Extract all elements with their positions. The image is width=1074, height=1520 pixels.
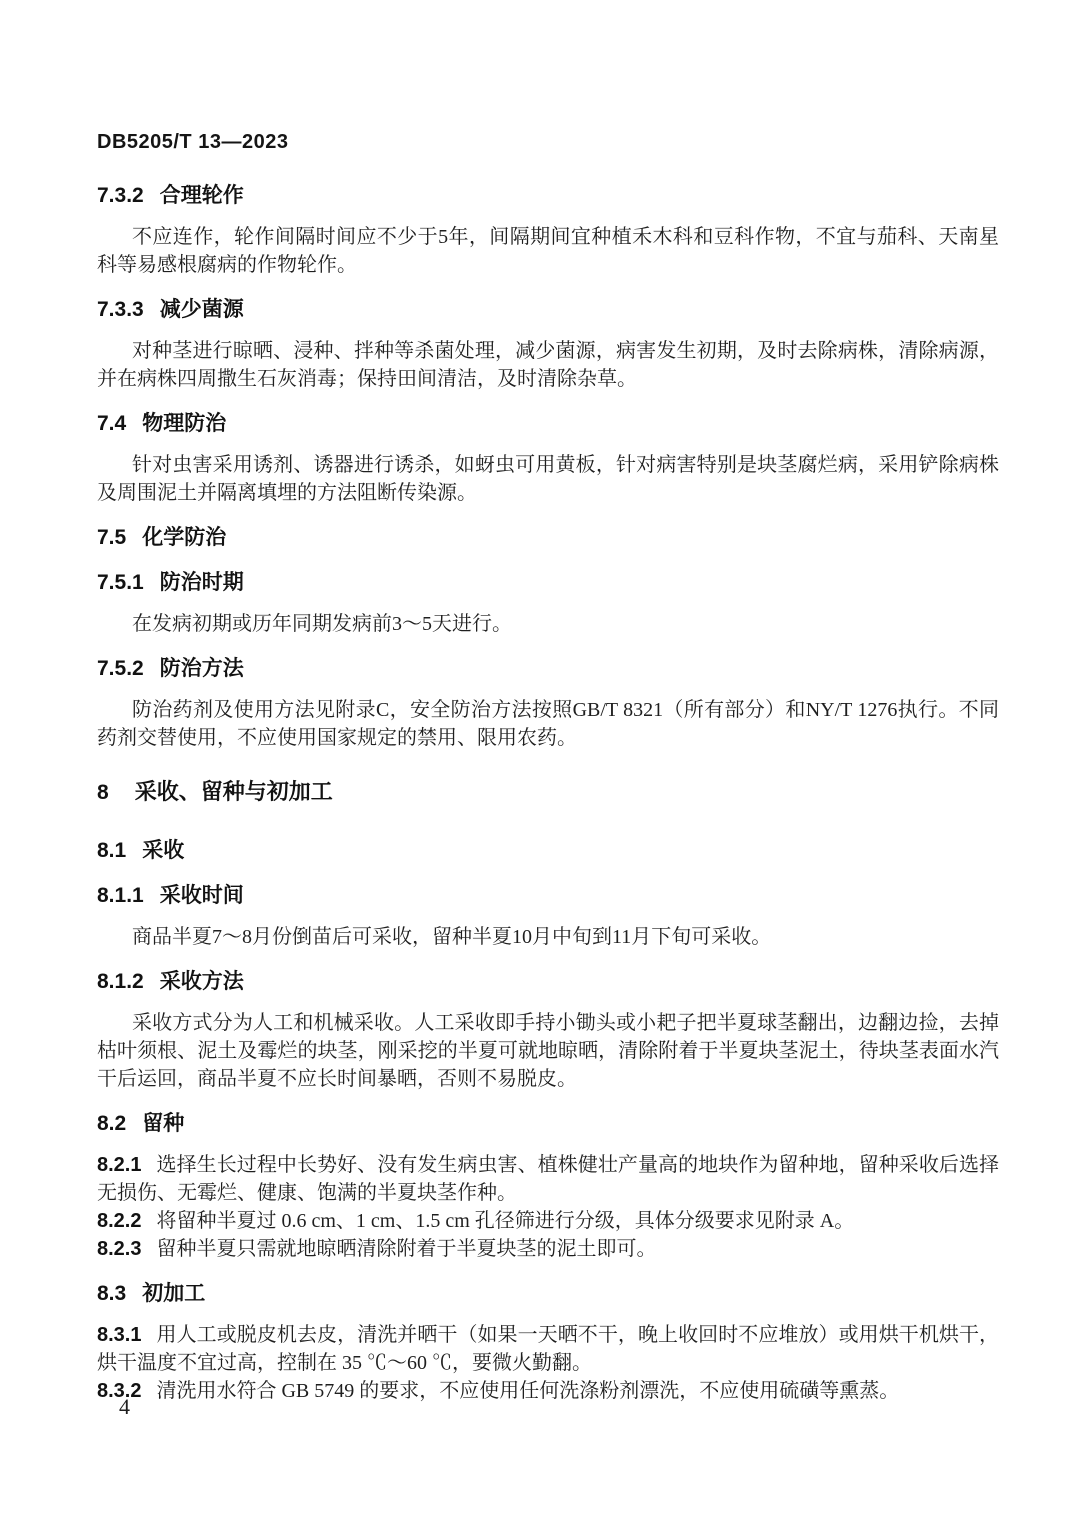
section-number: 7.5.1 [97,569,144,597]
paragraph-control-period: 在发病初期或历年同期发病前3～5天进行。 [97,610,999,638]
clause-8-3-1: 8.3.1用人工或脱皮机去皮，清洗并晒干（如果一天晒不干，晚上收回时不应堆放）或… [97,1321,999,1377]
paragraph-control-method: 防治药剂及使用方法见附录C，安全防治方法按照GB/T 8321（所有部分）和NY… [97,696,999,752]
section-title: 化学防治 [142,526,226,549]
section-number: 7.3.2 [97,182,144,210]
section-number: 7.3.3 [97,296,144,324]
paragraph-harvest-method: 采收方式分为人工和机械采收。人工采收即手持小锄头或小耙子把半夏球茎翻出，边翻边捡… [97,1009,999,1093]
section-title: 防治方法 [160,657,244,680]
section-number: 7.5.2 [97,655,144,683]
section-number: 8.1.2 [97,968,144,996]
section-number: 8.1 [97,837,126,865]
section-title: 采收 [142,839,184,862]
chapter-number: 8 [97,779,109,807]
section-heading-7-5-1: 7.5.1防治时期 [97,569,999,597]
paragraph-reduce-pathogen: 对种茎进行晾晒、浸种、拌种等杀菌处理，减少菌源，病害发生初期，及时去除病株，清除… [97,337,999,393]
clause-8-2-2: 8.2.2将留种半夏过 0.6 cm、1 cm、1.5 cm 孔径筛进行分级，具… [97,1207,999,1235]
section-title: 留种 [142,1112,184,1135]
section-number: 8.2 [97,1110,126,1138]
section-title: 采收方法 [160,970,244,993]
section-title: 防治时期 [160,571,244,594]
clause-number: 8.2.1 [97,1151,141,1179]
section-number: 8.1.1 [97,882,144,910]
paragraph-physical-control: 针对虫害采用诱剂、诱器进行诱杀，如蚜虫可用黄板，针对病害特别是块茎腐烂病，采用铲… [97,451,999,507]
document-content: DB5205/T 13—2023 7.3.2合理轮作 不应连作，轮作间隔时间应不… [97,130,999,1405]
clause-number: 8.2.3 [97,1235,141,1263]
section-heading-8-1-2: 8.1.2采收方法 [97,968,999,996]
clause-number: 8.3.1 [97,1321,141,1349]
section-heading-7-3-2: 7.3.2合理轮作 [97,182,999,210]
document-page: DB5205/T 13—2023 7.3.2合理轮作 不应连作，轮作间隔时间应不… [0,0,1074,1520]
section-heading-8-3: 8.3初加工 [97,1280,999,1308]
section-title: 初加工 [142,1282,205,1305]
section-heading-7-3-3: 7.3.3减少菌源 [97,296,999,324]
section-number: 7.5 [97,524,126,552]
section-heading-7-5-2: 7.5.2防治方法 [97,655,999,683]
section-heading-7-4: 7.4物理防治 [97,410,999,438]
section-heading-8-2: 8.2留种 [97,1110,999,1138]
section-number: 7.4 [97,410,126,438]
section-title: 合理轮作 [160,184,244,207]
section-heading-8-1: 8.1采收 [97,837,999,865]
clause-text: 留种半夏只需就地晾晒清除附着于半夏块茎的泥土即可。 [156,1238,656,1260]
section-number: 8.3 [97,1280,126,1308]
clause-text: 用人工或脱皮机去皮，清洗并晒干（如果一天晒不干，晚上收回时不应堆放）或用烘干机烘… [97,1324,999,1374]
section-title: 采收时间 [160,884,244,907]
clause-8-2-1: 8.2.1选择生长过程中长势好、没有发生病虫害、植株健壮产量高的地块作为留种地，… [97,1151,999,1207]
clause-text: 选择生长过程中长势好、没有发生病虫害、植株健壮产量高的地块作为留种地，留种采收后… [97,1154,999,1204]
chapter-heading-8: 8采收、留种与初加工 [97,778,999,807]
clause-number: 8.2.2 [97,1207,141,1235]
clause-text: 将留种半夏过 0.6 cm、1 cm、1.5 cm 孔径筛进行分级，具体分级要求… [156,1210,854,1232]
paragraph-harvest-time: 商品半夏7～8月份倒苗后可采收，留种半夏10月中旬到11月下旬可采收。 [97,923,999,951]
section-title: 物理防治 [142,412,226,435]
clause-8-2-3: 8.2.3留种半夏只需就地晾晒清除附着于半夏块茎的泥土即可。 [97,1235,999,1263]
page-number: 4 [119,1393,130,1421]
chapter-title: 采收、留种与初加工 [135,779,333,804]
section-heading-8-1-1: 8.1.1采收时间 [97,882,999,910]
section-title: 减少菌源 [160,298,244,321]
clause-text: 清洗用水符合 GB 5749 的要求，不应使用任何洗涤粉剂漂洗，不应使用硫磺等熏… [156,1380,899,1402]
clause-8-3-2: 8.3.2清洗用水符合 GB 5749 的要求，不应使用任何洗涤粉剂漂洗，不应使… [97,1377,999,1405]
paragraph-rotation: 不应连作，轮作间隔时间应不少于5年，间隔期间宜种植禾木科和豆科作物，不宜与茄科、… [97,223,999,279]
standard-number-header: DB5205/T 13—2023 [97,130,999,154]
section-heading-7-5: 7.5化学防治 [97,524,999,552]
